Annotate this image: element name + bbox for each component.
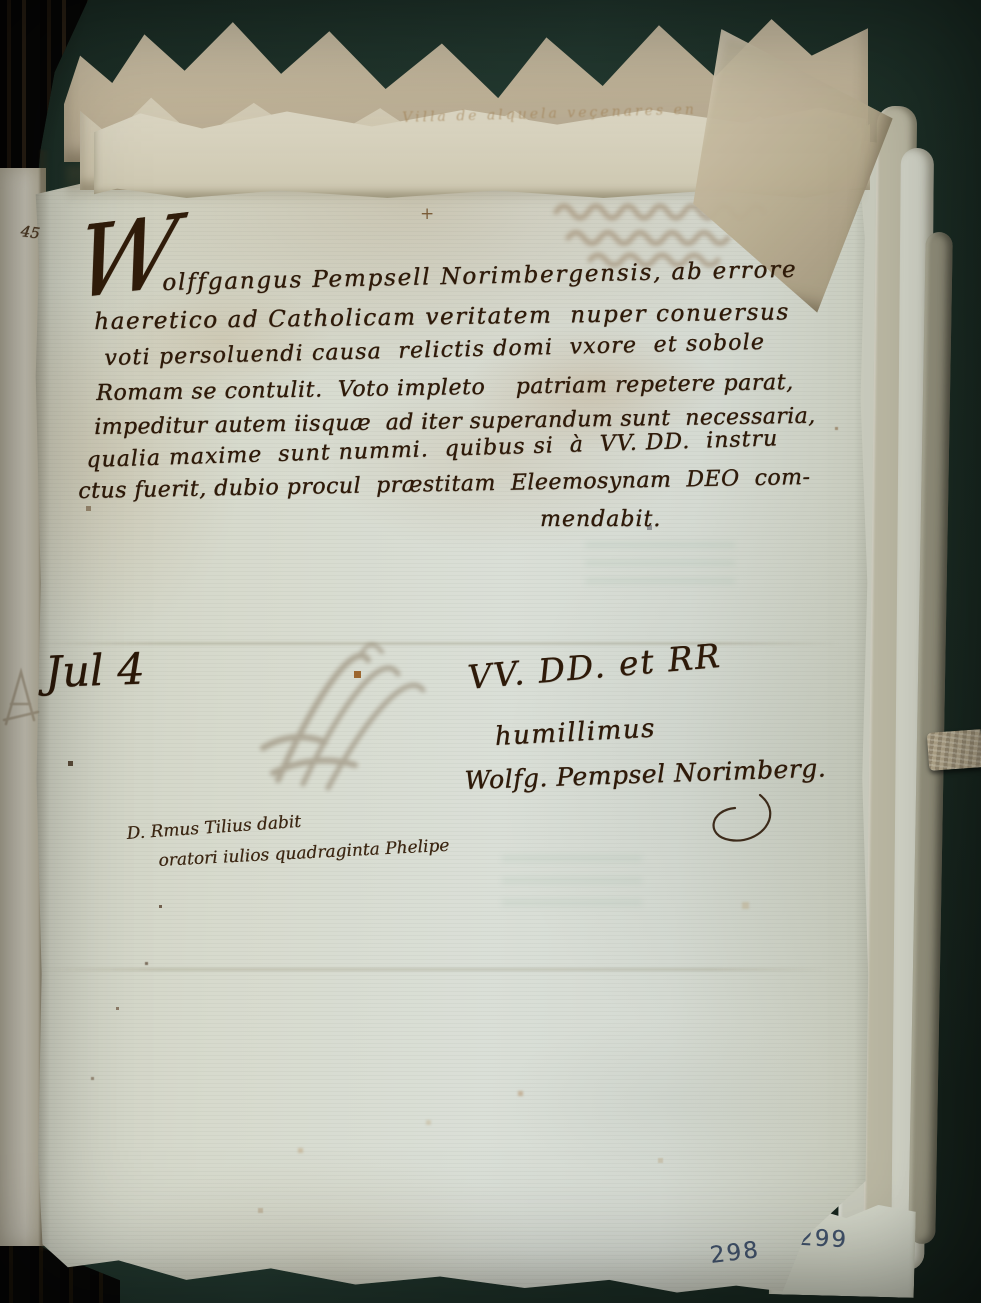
margin-date-note: Jul 4 [44, 645, 145, 698]
margin-number-note: 45 [19, 222, 40, 242]
fold-crease [40, 968, 830, 971]
manuscript-photo: 299 Villa de alquela veçe [0, 0, 981, 1303]
cross-mark: + [420, 204, 434, 224]
ribbon-bookmark [927, 729, 981, 771]
letter-line: mendabit. [540, 507, 661, 532]
illuminated-initial: W [70, 194, 184, 323]
